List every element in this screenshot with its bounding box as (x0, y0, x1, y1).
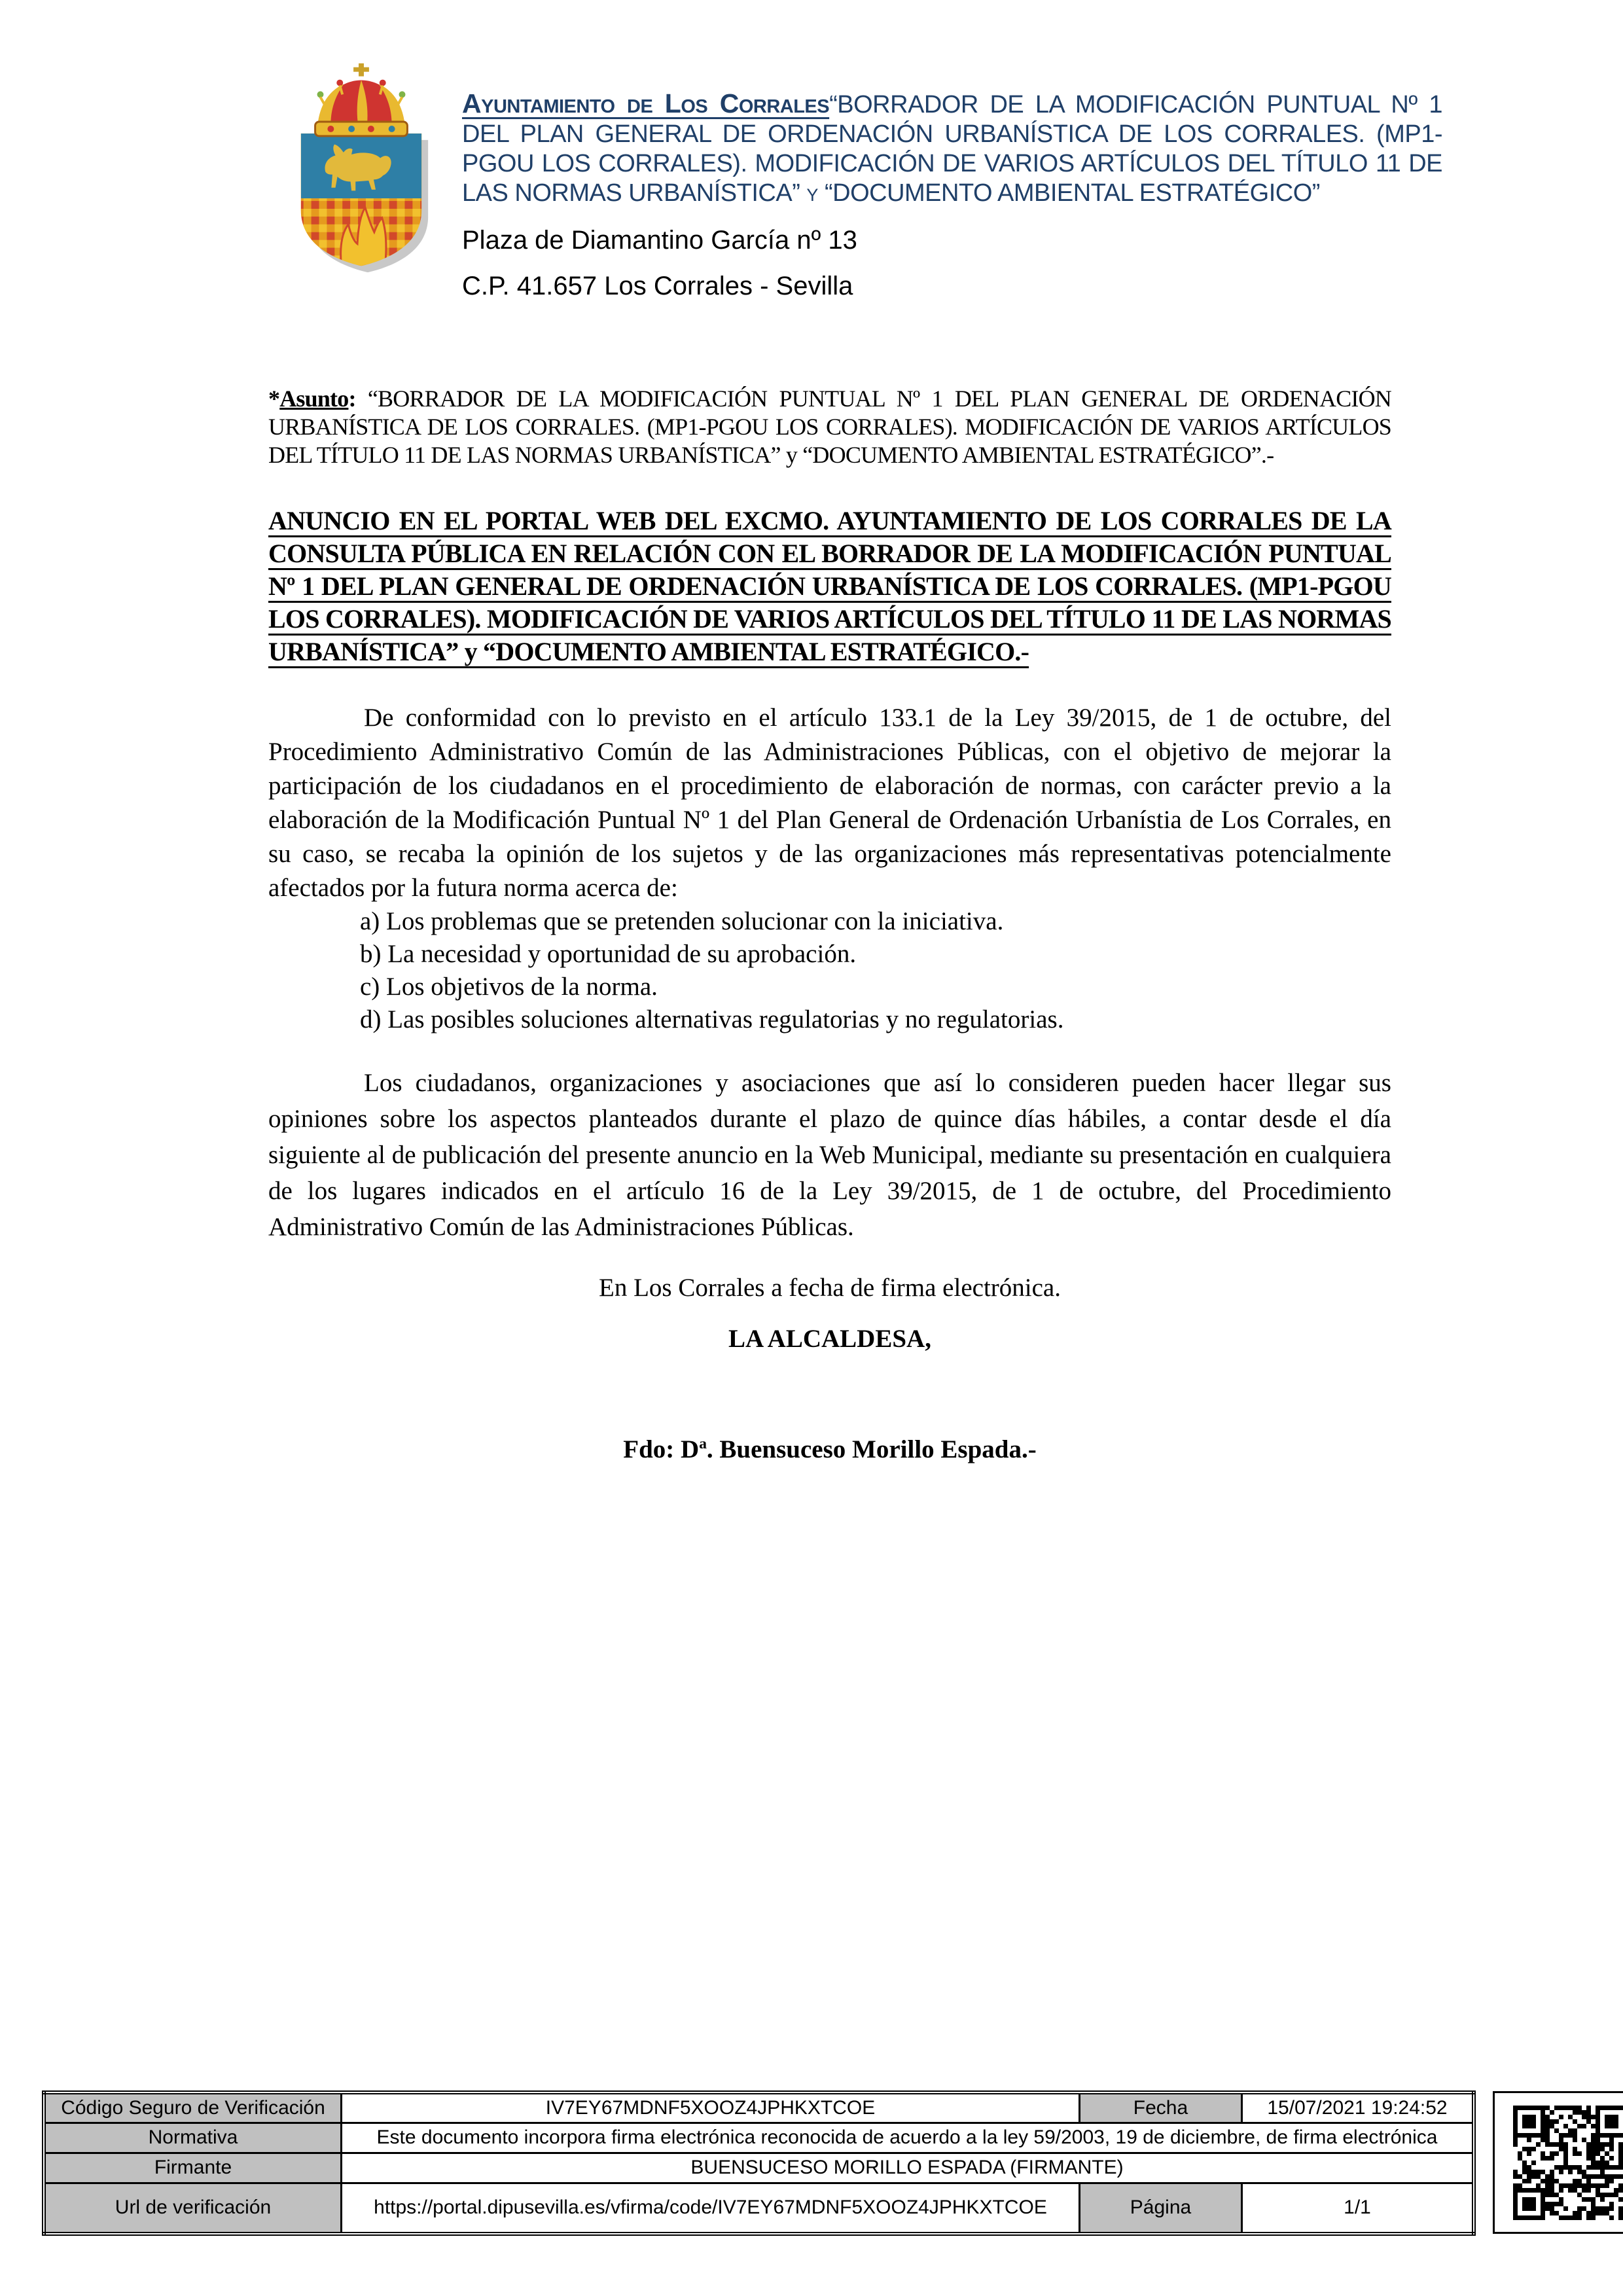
signature-prefix: Fdo: D (623, 1435, 699, 1463)
org-name: Ayuntamiento de Los Corrales (462, 88, 829, 118)
url-label: Url de verificación (44, 2183, 342, 2234)
qr-code-box (1493, 2091, 1623, 2234)
list-item: c) Los objetivos de la norma. (360, 971, 1391, 1003)
table-row: Url de verificación https://portal.dipus… (44, 2183, 1474, 2234)
fecha-label: Fecha (1080, 2092, 1242, 2123)
document-body: *Asunto: “BORRADOR DE LA MODIFICACIÓN PU… (268, 385, 1391, 1467)
firmante-label: Firmante (44, 2153, 342, 2183)
closing-place-line: En Los Corrales a fecha de firma electró… (268, 1271, 1391, 1305)
list-item: a) Los problemas que se pretenden soluci… (360, 905, 1391, 938)
list-item: b) La necesidad y oportunidad de su apro… (360, 938, 1391, 971)
qr-code (1513, 2106, 1623, 2220)
verification-footer: Código Seguro de Verificación IV7EY67MDN… (42, 2090, 1615, 2234)
verification-table: Código Seguro de Verificación IV7EY67MDN… (42, 2090, 1476, 2236)
crown-icon (315, 63, 408, 136)
pagina-value: 1/1 (1242, 2183, 1474, 2234)
firmante-value: BUENSUCESO MORILLO ESPADA (FIRMANTE) (342, 2153, 1474, 2183)
normativa-label: Normativa (44, 2123, 342, 2153)
table-row: Normativa Este documento incorpora firma… (44, 2123, 1474, 2153)
asunto-paragraph: *Asunto: “BORRADOR DE LA MODIFICACIÓN PU… (268, 385, 1391, 469)
normativa-value: Este documento incorpora firma electróni… (342, 2123, 1474, 2153)
consultation-list: a) Los problemas que se pretenden soluci… (268, 905, 1391, 1036)
announcement-heading: ANUNCIO EN EL PORTAL WEB DEL EXCMO. AYUN… (268, 505, 1391, 668)
asunto-text: “BORRADOR DE LA MODIFICACIÓN PUNTUAL Nº … (268, 386, 1391, 468)
url-value: https://portal.dipusevilla.es/vfirma/cod… (342, 2183, 1080, 2234)
asunto-colon: : (348, 386, 355, 412)
fecha-value: 15/07/2021 19:24:52 (1242, 2092, 1474, 2123)
coat-of-arms-logo (280, 60, 442, 272)
asunto-star: * (268, 386, 279, 412)
signature-line: Fdo: Da. Buensuceso Morillo Espada.- (268, 1427, 1391, 1467)
asunto-word: Asunto (279, 386, 348, 412)
closing-role-line: LA ALCALDESA, (268, 1322, 1391, 1356)
document-page: Ayuntamiento de Los Corrales“BORRADOR DE… (0, 0, 1623, 2296)
list-item: d) Las posibles soluciones alternativas … (360, 1003, 1391, 1036)
table-row: Firmante BUENSUCESO MORILLO ESPADA (FIRM… (44, 2153, 1474, 2183)
header-text-block: Ayuntamiento de Los Corrales“BORRADOR DE… (462, 60, 1442, 301)
header: Ayuntamiento de Los Corrales“BORRADOR DE… (280, 60, 1442, 301)
address-line-2: C.P. 41.657 Los Corrales - Sevilla (462, 271, 1442, 301)
signature-ordinal: a (699, 1435, 707, 1452)
csv-label: Código Seguro de Verificación (44, 2092, 342, 2123)
table-row: Código Seguro de Verificación IV7EY67MDN… (44, 2092, 1474, 2123)
csv-value: IV7EY67MDNF5XOOZ4JPHKXTCOE (342, 2092, 1080, 2123)
pagina-label: Página (1080, 2183, 1242, 2234)
signature-rest: . Buensuceso Morillo Espada.- (707, 1435, 1037, 1463)
body-paragraph-1: De conformidad con lo previsto en el art… (268, 701, 1391, 905)
header-title: Ayuntamiento de Los Corrales“BORRADOR DE… (462, 60, 1442, 208)
body-paragraph-2: Los ciudadanos, organizaciones y asociac… (268, 1065, 1391, 1245)
address-line-1: Plaza de Diamantino García nº 13 (462, 225, 1442, 255)
